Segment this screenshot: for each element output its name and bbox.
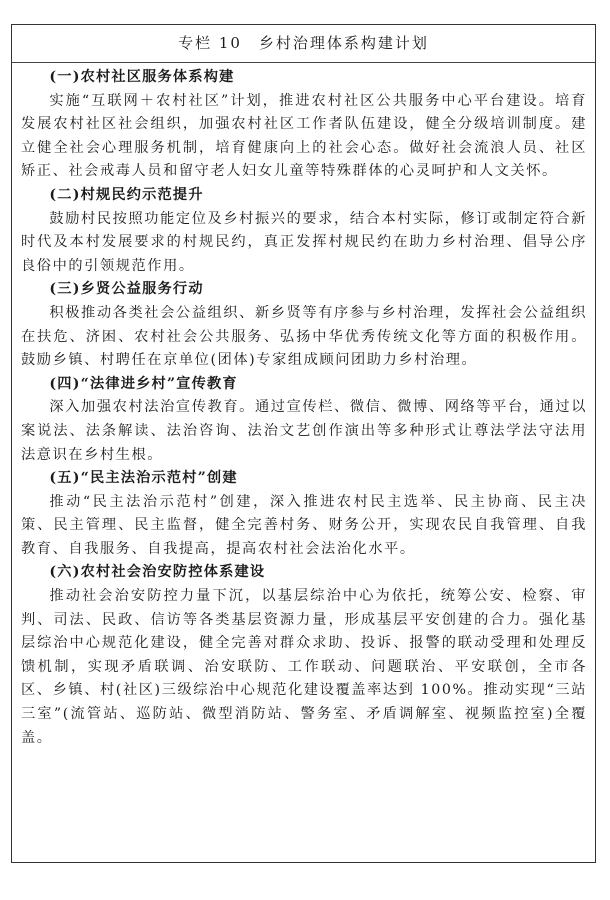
section-body-6: 推动社会治安防控力量下沉，以基层综治中心为依托，统筹公安、检察、审判、司法、民政… bbox=[21, 585, 587, 750]
section-heading-4: (四)“法律进乡村”宣传教育 bbox=[21, 373, 587, 397]
section-heading-3: (三)乡贤公益服务行动 bbox=[21, 278, 587, 302]
section-body-4: 深入加强农村法治宣传教育。通过宣传栏、微信、微博、网络等平台，通过以案说法、法条… bbox=[21, 396, 587, 467]
section-heading-1: (一)农村社区服务体系构建 bbox=[21, 66, 587, 90]
box-content: (一)农村社区服务体系构建 实施“互联网＋农村社区”计划，推进农村社区公共服务中… bbox=[12, 63, 595, 750]
section-heading-6: (六)农村社会治安防控体系建设 bbox=[21, 561, 587, 585]
section-heading-2: (二)村规民约示范提升 bbox=[21, 184, 587, 208]
section-body-5: 推动“民主法治示范村”创建，深入推进农村民主选举、民主协商、民主决策、民主管理、… bbox=[21, 491, 587, 562]
section-body-1: 实施“互联网＋农村社区”计划，推进农村社区公共服务中心平台建设。培育发展农村社区… bbox=[21, 90, 587, 184]
section-body-2: 鼓励村民按照功能定位及乡村振兴的要求，结合本村实际，修订或制定符合新时代及本村发… bbox=[21, 208, 587, 279]
feature-box: 专栏 10 乡村治理体系构建计划 (一)农村社区服务体系构建 实施“互联网＋农村… bbox=[11, 24, 596, 863]
section-heading-5: (五)“民主法治示范村”创建 bbox=[21, 467, 587, 491]
section-body-3: 积极推动各类社会公益组织、新乡贤等有序参与乡村治理，发挥社会公益组织在扶危、济困… bbox=[21, 302, 587, 373]
box-title: 专栏 10 乡村治理体系构建计划 bbox=[12, 25, 595, 63]
